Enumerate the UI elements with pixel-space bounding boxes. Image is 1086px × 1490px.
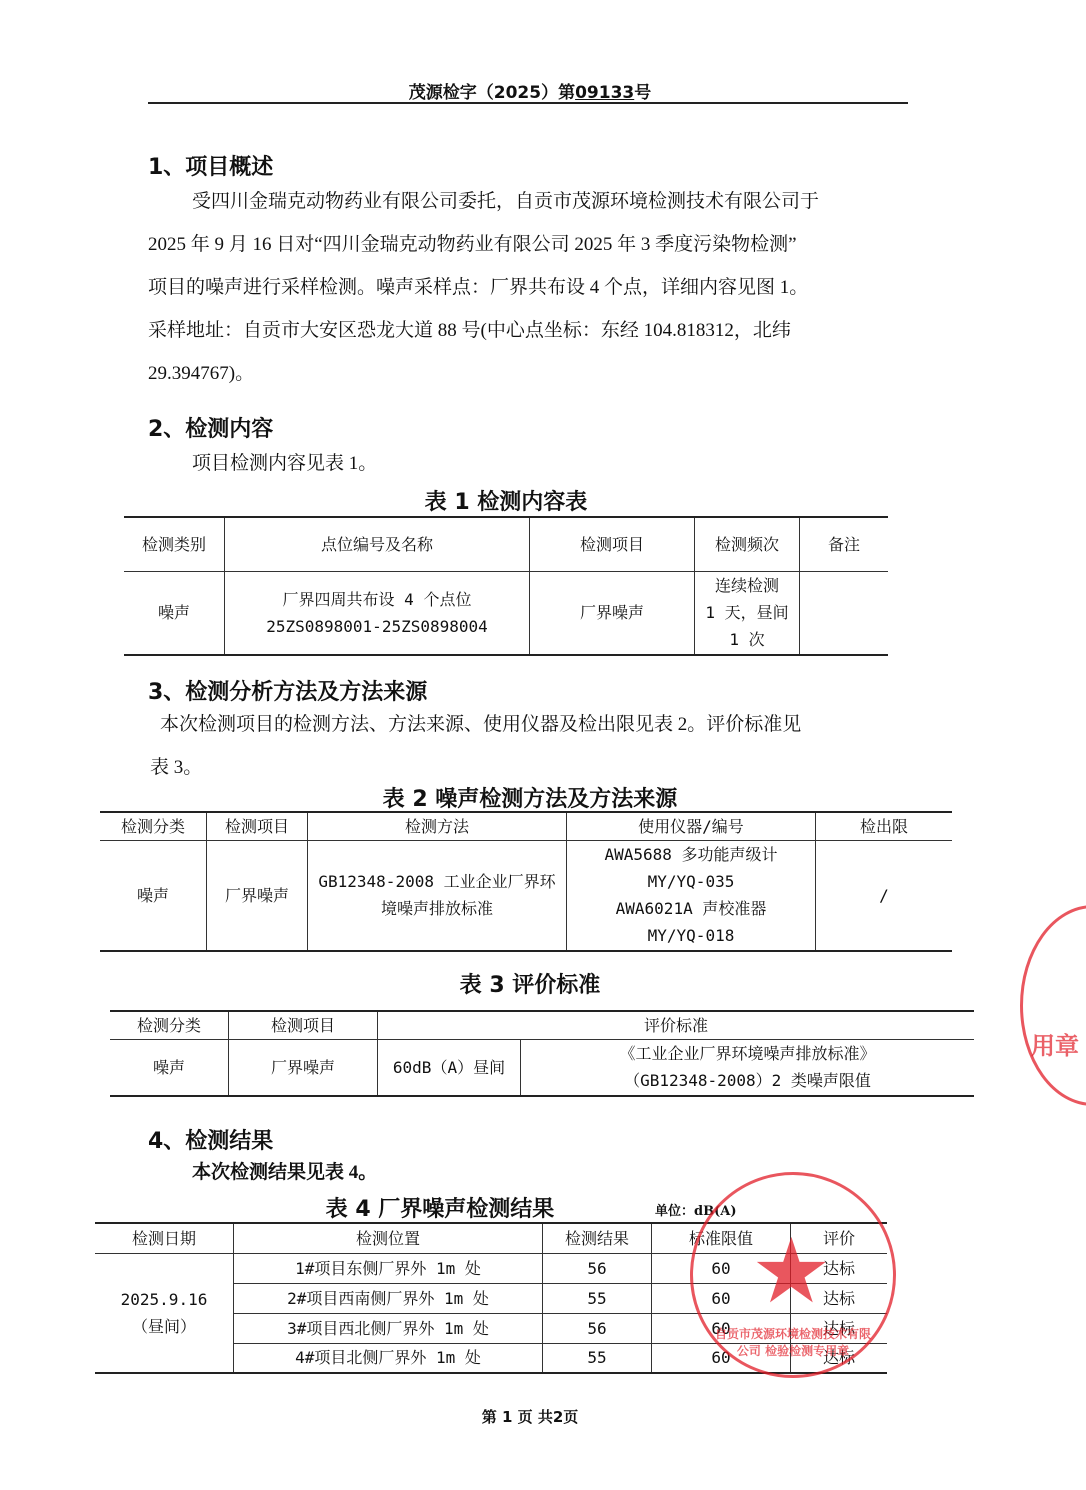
- section-2-heading: 2、检测内容: [148, 412, 273, 443]
- cell-item: 厂界噪声: [229, 1040, 378, 1096]
- col-header: 评价标准: [378, 1011, 975, 1040]
- table-header-row: 检测分类 检测项目 检测方法 使用仪器/编号 检出限: [100, 812, 952, 841]
- instrument-line: AWA6021A 声校准器: [571, 895, 811, 922]
- col-header: 评价: [791, 1223, 888, 1253]
- report-number-value: 09133: [575, 83, 634, 103]
- cell-method: GB12348-2008 工业企业厂界环 境噪声排放标准: [308, 841, 567, 951]
- col-header: 检测项目: [207, 812, 308, 841]
- col-header: 检测类别: [124, 517, 225, 571]
- cell-category: 噪声: [110, 1040, 229, 1096]
- cell-standard: 《工业企业厂界环境噪声排放标准》 （GB12348-2008）2 类噪声限值: [521, 1040, 975, 1096]
- col-header: 检测方法: [308, 812, 567, 841]
- col-header: 备注: [800, 517, 889, 571]
- col-header: 标准限值: [652, 1223, 791, 1253]
- cell-detection-limit: /: [816, 841, 953, 951]
- cell-category: 噪声: [100, 841, 207, 951]
- col-header: 检测频次: [695, 517, 800, 571]
- col-header: 检测日期: [95, 1223, 234, 1253]
- table-row: 噪声 厂界噪声 60dB（A）昼间 《工业企业厂界环境噪声排放标准》 （GB12…: [110, 1040, 974, 1096]
- col-header: 使用仪器/编号: [567, 812, 816, 841]
- cell-instruments: AWA5688 多功能声级计 MY/YQ-035 AWA6021A 声校准器 M…: [567, 841, 816, 951]
- report-number-suffix: 号: [634, 83, 651, 103]
- table-header-row: 检测分类 检测项目 评价标准: [110, 1011, 974, 1040]
- section-1-line: 项目的噪声进行采样检测。噪声采样点：厂界共布设 4 个点，详细内容见图 1。: [148, 266, 918, 309]
- freq-line: 1 次: [699, 626, 795, 653]
- cell-evaluation: 达标: [791, 1283, 888, 1313]
- cell-category: 噪声: [124, 571, 225, 655]
- section-1-line: 2025 年 9 月 16 日对“四川金瑞克动物药业有限公司 2025 年 3 …: [148, 223, 918, 266]
- section-4-heading: 4、检测结果: [148, 1124, 273, 1155]
- instrument-line: AWA5688 多功能声级计: [571, 841, 811, 868]
- table-1-caption: 表 1 检测内容表: [124, 485, 888, 516]
- cell-position: 1#项目东侧厂界外 1m 处: [234, 1253, 543, 1283]
- cell-position: 4#项目北侧厂界外 1m 处: [234, 1343, 543, 1373]
- cell-result: 55: [543, 1343, 652, 1373]
- section-1-line: 29.394767)。: [148, 352, 918, 395]
- cell-limit: 60: [652, 1283, 791, 1313]
- table-row: 2025.9.16 （昼间） 1#项目东侧厂界外 1m 处 56 60 达标: [95, 1253, 887, 1283]
- cell-frequency: 连续检测 1 天，昼间 1 次: [695, 571, 800, 655]
- cell-points: 厂界四周共布设 4 个点位 25ZS0898001-25ZS0898004: [225, 571, 530, 655]
- col-header: 检测分类: [110, 1011, 229, 1040]
- table-header-row: 检测日期 检测位置 检测结果 标准限值 评价: [95, 1223, 887, 1253]
- cell-result: 56: [543, 1253, 652, 1283]
- section-1-body: 受四川金瑞克动物药业有限公司委托，自贡市茂源环境检测技术有限公司于 2025 年…: [148, 180, 918, 395]
- cell-limit: 60: [652, 1313, 791, 1343]
- cell-item: 厂界噪声: [207, 841, 308, 951]
- cell-remark: [800, 571, 889, 655]
- col-header: 检测项目: [229, 1011, 378, 1040]
- instrument-line: MY/YQ-035: [571, 868, 811, 895]
- cell-result: 56: [543, 1313, 652, 1343]
- col-header: 检测结果: [543, 1223, 652, 1253]
- edge-seal: 用章: [1020, 905, 1086, 1106]
- section-1-heading: 1、项目概述: [148, 150, 273, 181]
- instrument-line: MY/YQ-018: [571, 922, 811, 949]
- table-2-caption: 表 2 噪声检测方法及方法来源: [100, 782, 960, 813]
- cell-position: 3#项目西北侧厂界外 1m 处: [234, 1313, 543, 1343]
- date-period: （昼间）: [99, 1313, 229, 1340]
- section-3-heading: 3、检测分析方法及方法来源: [148, 675, 427, 706]
- section-3-line: 本次检测项目的检测方法、方法来源、使用仪器及检出限见表 2。评价标准见: [150, 703, 920, 746]
- table-1: 检测类别 点位编号及名称 检测项目 检测频次 备注 噪声 厂界四周共布设 4 个…: [124, 516, 888, 656]
- method-line: GB12348-2008 工业企业厂界环: [312, 868, 562, 895]
- table-3: 检测分类 检测项目 评价标准 噪声 厂界噪声 60dB（A）昼间 《工业企业厂界…: [110, 1010, 974, 1097]
- unit-label: 单位：dB(A): [655, 1200, 736, 1219]
- col-header: 点位编号及名称: [225, 517, 530, 571]
- date-line: 2025.9.16: [99, 1286, 229, 1313]
- points-line: 厂界四周共布设 4 个点位: [229, 586, 525, 613]
- edge-seal-text: 用章: [1031, 1026, 1079, 1061]
- cell-result: 55: [543, 1283, 652, 1313]
- col-header: 检测位置: [234, 1223, 543, 1253]
- cell-evaluation: 达标: [791, 1313, 888, 1343]
- col-header: 检出限: [816, 812, 953, 841]
- cell-position: 2#项目西南侧厂界外 1m 处: [234, 1283, 543, 1313]
- freq-line: 连续检测: [699, 572, 795, 599]
- cell-date: 2025.9.16 （昼间）: [95, 1253, 234, 1373]
- cell-item: 厂界噪声: [530, 571, 695, 655]
- freq-line: 1 天，昼间: [699, 599, 795, 626]
- header-divider: [148, 102, 908, 104]
- table-3-caption: 表 3 评价标准: [100, 968, 960, 999]
- section-1-line: 采样地址：自贡市大安区恐龙大道 88 号(中心点坐标：东经 104.818312…: [148, 309, 918, 352]
- report-number-prefix: 茂源检字（2025）第: [409, 83, 575, 103]
- points-codes: 25ZS0898001-25ZS0898004: [229, 613, 525, 640]
- col-header: 检测项目: [530, 517, 695, 571]
- page-number: 第 1 页 共2页: [0, 1406, 1060, 1427]
- table-row: 噪声 厂界四周共布设 4 个点位 25ZS0898001-25ZS0898004…: [124, 571, 888, 655]
- table-4-caption: 表 4 厂界噪声检测结果: [240, 1192, 640, 1223]
- section-1-line: 受四川金瑞克动物药业有限公司委托，自贡市茂源环境检测技术有限公司于: [148, 180, 918, 223]
- col-header: 检测分类: [100, 812, 207, 841]
- table-header-row: 检测类别 点位编号及名称 检测项目 检测频次 备注: [124, 517, 888, 571]
- table-row: 噪声 厂界噪声 GB12348-2008 工业企业厂界环 境噪声排放标准 AWA…: [100, 841, 952, 951]
- cell-limit-value: 60dB（A）昼间: [378, 1040, 521, 1096]
- table-4: 检测日期 检测位置 检测结果 标准限值 评价 2025.9.16 （昼间） 1#…: [95, 1222, 887, 1374]
- section-2-intro: 项目检测内容见表 1。: [192, 442, 377, 485]
- standard-line: （GB12348-2008）2 类噪声限值: [525, 1067, 970, 1094]
- cell-limit: 60: [652, 1253, 791, 1283]
- cell-evaluation: 达标: [791, 1253, 888, 1283]
- table-2: 检测分类 检测项目 检测方法 使用仪器/编号 检出限 噪声 厂界噪声 GB123…: [100, 811, 952, 952]
- standard-line: 《工业企业厂界环境噪声排放标准》: [525, 1040, 970, 1067]
- method-line: 境噪声排放标准: [312, 895, 562, 922]
- section-4-intro: 本次检测结果见表 4。: [192, 1158, 377, 1188]
- cell-limit: 60: [652, 1343, 791, 1373]
- cell-evaluation: 达标: [791, 1343, 888, 1373]
- report-number: 茂源检字（2025）第09133号: [0, 78, 1060, 103]
- section-3-body: 本次检测项目的检测方法、方法来源、使用仪器及检出限见表 2。评价标准见 表 3。: [150, 703, 920, 789]
